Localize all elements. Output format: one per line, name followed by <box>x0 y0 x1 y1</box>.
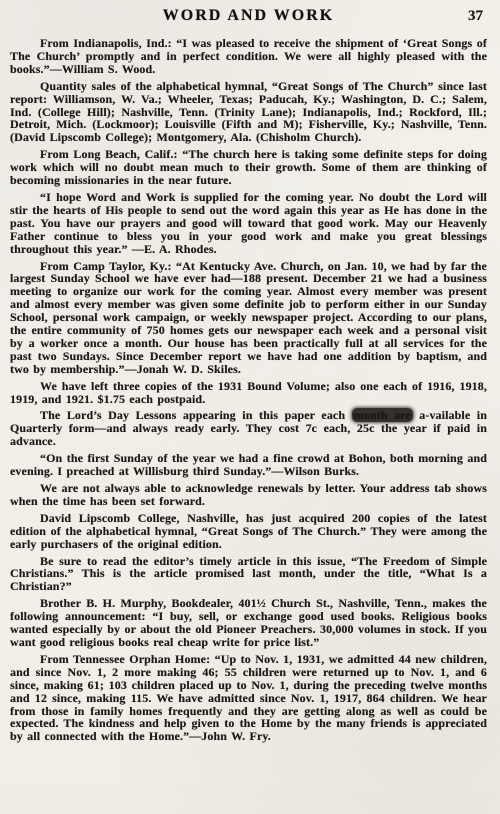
paragraph-camp-taylor: From Camp Taylor, Ky.: “At Kentucky Ave.… <box>10 260 487 376</box>
lessons-text-before: The Lord’s Day Lessons appearing in this… <box>40 408 352 422</box>
paragraph-bound-volume: We have left three copies of the 1931 Bo… <box>10 380 487 406</box>
magazine-page: WORD AND WORK 37 From Indianapolis, Ind.… <box>0 0 500 814</box>
page-title: WORD AND WORK <box>10 7 487 25</box>
paragraph-lipscomb-college: David Lipscomb College, Nashville, has j… <box>10 512 487 551</box>
ink-smudge: month are <box>352 408 413 422</box>
paragraph-editors-article: Be sure to read the editor’s timely arti… <box>10 555 487 594</box>
paragraph-orphan-home: From Tennessee Orphan Home: “Up to Nov. … <box>10 653 487 743</box>
paragraph-indianapolis: From Indianapolis, Ind.: “I was pleased … <box>10 37 487 76</box>
paragraph-lords-day-lessons: The Lord’s Day Lessons appearing in this… <box>10 409 487 448</box>
paragraph-long-beach: From Long Beach, Calif.: “The church her… <box>10 148 487 187</box>
article-body: From Indianapolis, Ind.: “I was pleased … <box>10 37 487 743</box>
paragraph-rhodes: “I hope Word and Work is supplied for th… <box>10 191 487 256</box>
page-number: 37 <box>468 8 483 25</box>
paragraph-murphy-bookdealer: Brother B. H. Murphy, Bookdealer, 401½ C… <box>10 597 487 649</box>
paragraph-bohon: “On the first Sunday of the year we had … <box>10 452 487 478</box>
page-header: WORD AND WORK 37 <box>10 5 487 29</box>
paragraph-quantity-sales: Quantity sales of the alphabetical hymna… <box>10 80 487 145</box>
paragraph-renewals: We are not always able to acknowledge re… <box>10 482 487 508</box>
